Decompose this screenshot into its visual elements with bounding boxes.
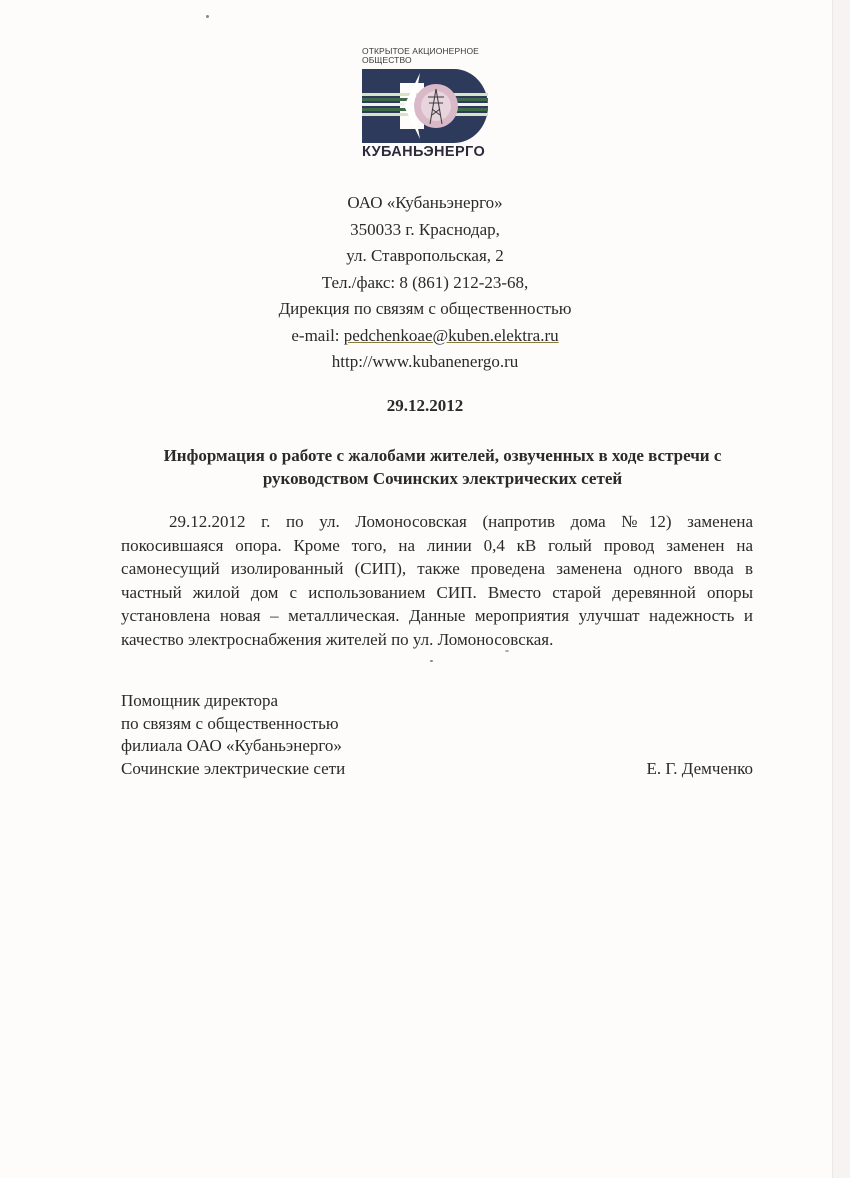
email-label: e-mail: <box>291 326 343 345</box>
company-logo: ОТКРЫТОЕ АКЦИОНЕРНОЕ ОБЩЕСТВО КУБАНЬЭНЕР… <box>362 47 492 162</box>
address-phone: Тел./факс: 8 (861) 212-23-68, <box>0 270 850 297</box>
signature-position-3: филиала ОАО «Кубаньэнерго» <box>121 735 753 758</box>
signature-block: Помощник директора по связям с обществен… <box>121 690 753 780</box>
signature-last-row: Сочинские электрические сети Е. Г. Демче… <box>121 758 753 781</box>
document-title: Информация о работе с жалобами жителей, … <box>120 444 765 490</box>
scan-speck <box>206 15 209 18</box>
address-department: Дирекция по связям с общественностью <box>0 296 850 323</box>
address-website[interactable]: http://www.kubanenergo.ru <box>0 349 850 376</box>
address-email-line: e-mail: pedchenkoae@kuben.elektra.ru <box>0 323 850 350</box>
address-street: ул. Ставропольская, 2 <box>0 243 850 270</box>
page-edge-shade <box>833 0 850 1178</box>
logo-company-name: КУБАНЬЭНЕРГО <box>362 144 485 160</box>
signature-position-4: Сочинские электрические сети <box>121 758 345 781</box>
logo-emblem-icon <box>362 69 488 143</box>
address-city: 350033 г. Краснодар, <box>0 217 850 244</box>
scan-speck <box>430 660 433 662</box>
logo-top-text-2: ОБЩЕСТВО <box>362 56 492 65</box>
signatory-name: Е. Г. Демченко <box>647 758 754 781</box>
signature-position-1: Помощник директора <box>121 690 753 713</box>
email-link[interactable]: pedchenkoae@kuben.elektra.ru <box>344 326 559 345</box>
address-company: ОАО «Кубаньэнерго» <box>0 190 850 217</box>
signature-position-2: по связям с общественностью <box>121 713 753 736</box>
sender-address-block: ОАО «Кубаньэнерго» 350033 г. Краснодар, … <box>0 190 850 376</box>
document-body: 29.12.2012 г. по ул. Ломоносовская (напр… <box>121 510 753 651</box>
page-edge <box>832 0 833 1178</box>
document-date: 29.12.2012 <box>0 396 850 416</box>
